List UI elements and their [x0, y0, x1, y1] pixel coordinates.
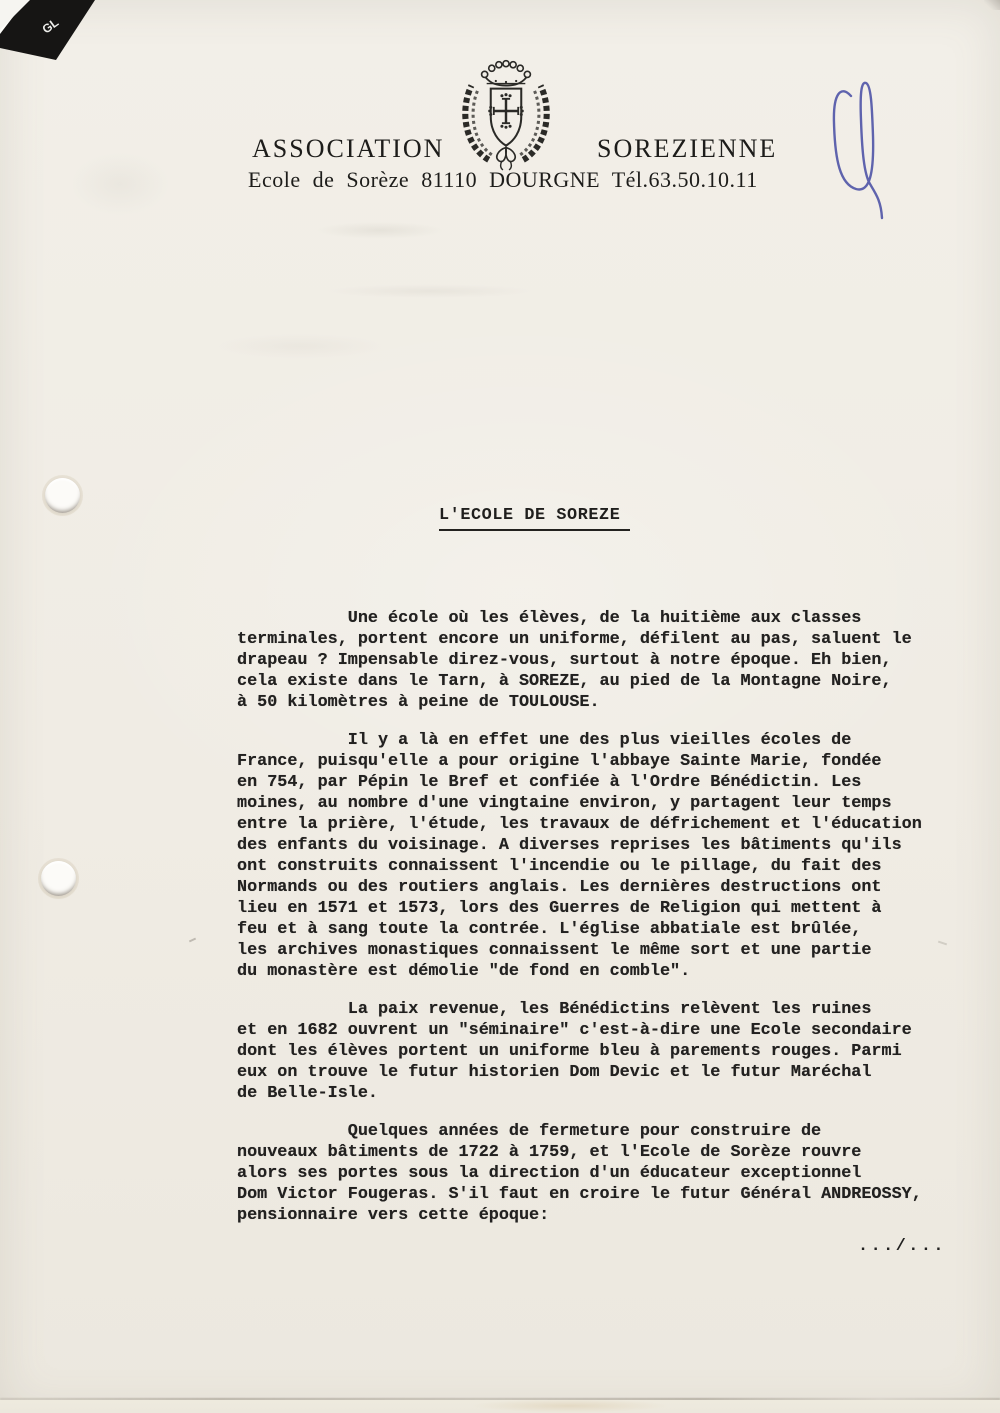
org-name-sorezienne: SOREZIENNE [597, 134, 777, 164]
photo-corner-clip: GL [0, 0, 110, 80]
address-line: Ecole de Sorèze 81110 DOURGNE Tél.63.50.… [248, 167, 758, 193]
handwritten-pen-mark [818, 68, 913, 233]
scanned-letter-page: GL [0, 0, 1000, 1413]
paragraph-3: La paix revenue, les Bénédictins relèven… [237, 999, 957, 1104]
document-body: Une école où les élèves, de la huitième … [237, 608, 957, 1243]
scan-corner-shade [984, 0, 1000, 10]
punch-hole-top [45, 478, 80, 513]
continuation-mark: .../... [858, 1237, 946, 1256]
paragraph-1: Une école où les élèves, de la huitième … [237, 608, 957, 713]
paragraph-4: Quelques années de fermeture pour constr… [237, 1121, 957, 1226]
scan-speck [189, 938, 196, 943]
document-title: L'ECOLE DE SOREZE [439, 506, 630, 531]
association-crest-icon [452, 52, 560, 172]
punch-hole-bottom [41, 861, 76, 896]
paragraph-2: Il y a là en effet une des plus vieilles… [237, 730, 957, 982]
org-name-association: ASSOCIATION [252, 134, 444, 164]
page-bottom-edge-strip [0, 1400, 1000, 1413]
